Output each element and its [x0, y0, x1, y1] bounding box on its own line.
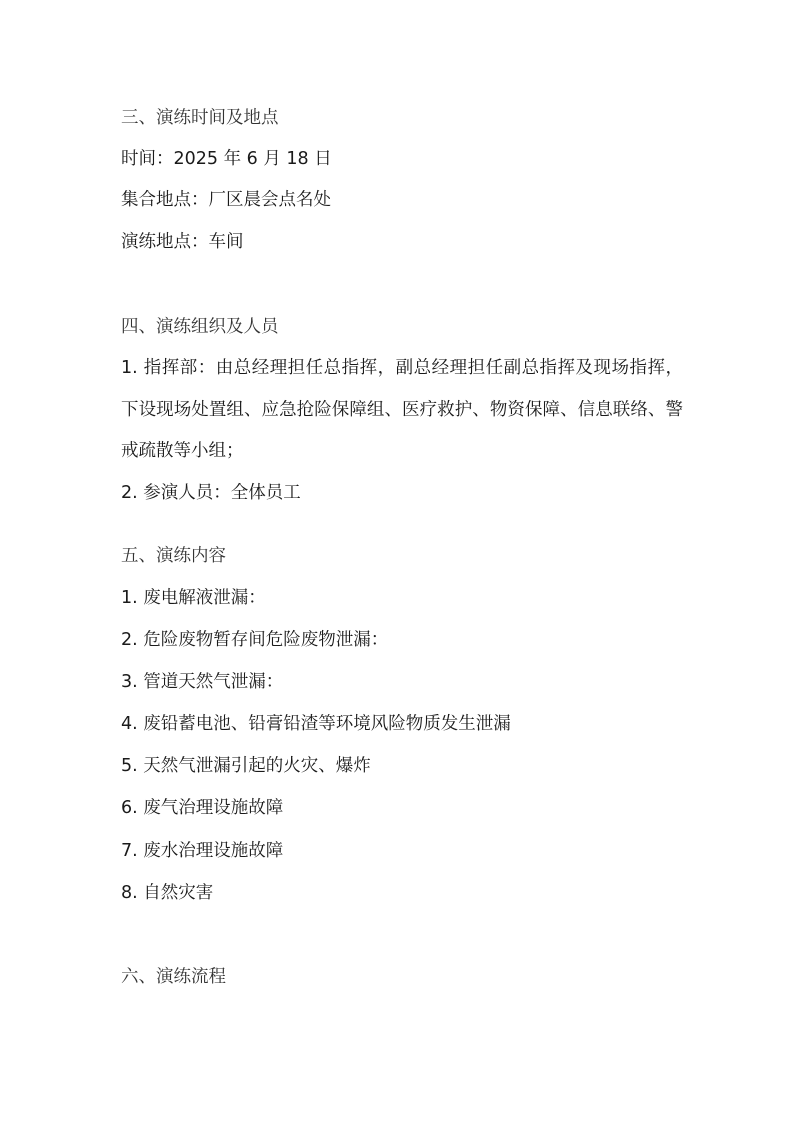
list-item: 4. 废铅蓄电池、铅膏铅渣等环境风险物质发生泄漏	[121, 713, 511, 735]
section-6-heading: 六、演练流程	[121, 966, 226, 988]
drill-time: 时间：2025 年 6 月 18 日	[121, 148, 332, 170]
list-item: 7. 废水治理设施故障	[121, 840, 283, 862]
assembly-point: 集合地点：厂区晨会点名处	[121, 189, 331, 211]
list-item: 1. 废电解液泄漏：	[121, 587, 266, 609]
list-item: 6. 废气治理设施故障	[121, 797, 283, 819]
drill-location: 演练地点：车间	[121, 231, 244, 253]
section-5-heading: 五、演练内容	[121, 545, 226, 567]
participants: 2. 参演人员：全体员工	[121, 482, 301, 504]
section-4-heading: 四、演练组织及人员	[121, 316, 279, 338]
command-structure-paragraph: 1. 指挥部：由总经理担任总指挥，副总经理担任副总指挥及现场指挥，下设现场处置组…	[121, 348, 683, 473]
list-item: 3. 管道天然气泄漏：	[121, 671, 283, 693]
list-item: 8. 自然灾害	[121, 882, 213, 904]
list-item: 2. 危险废物暂存间危险废物泄漏：	[121, 629, 388, 651]
list-item: 5. 天然气泄漏引起的火灾、爆炸	[121, 755, 371, 777]
section-3-heading: 三、演练时间及地点	[121, 107, 279, 129]
